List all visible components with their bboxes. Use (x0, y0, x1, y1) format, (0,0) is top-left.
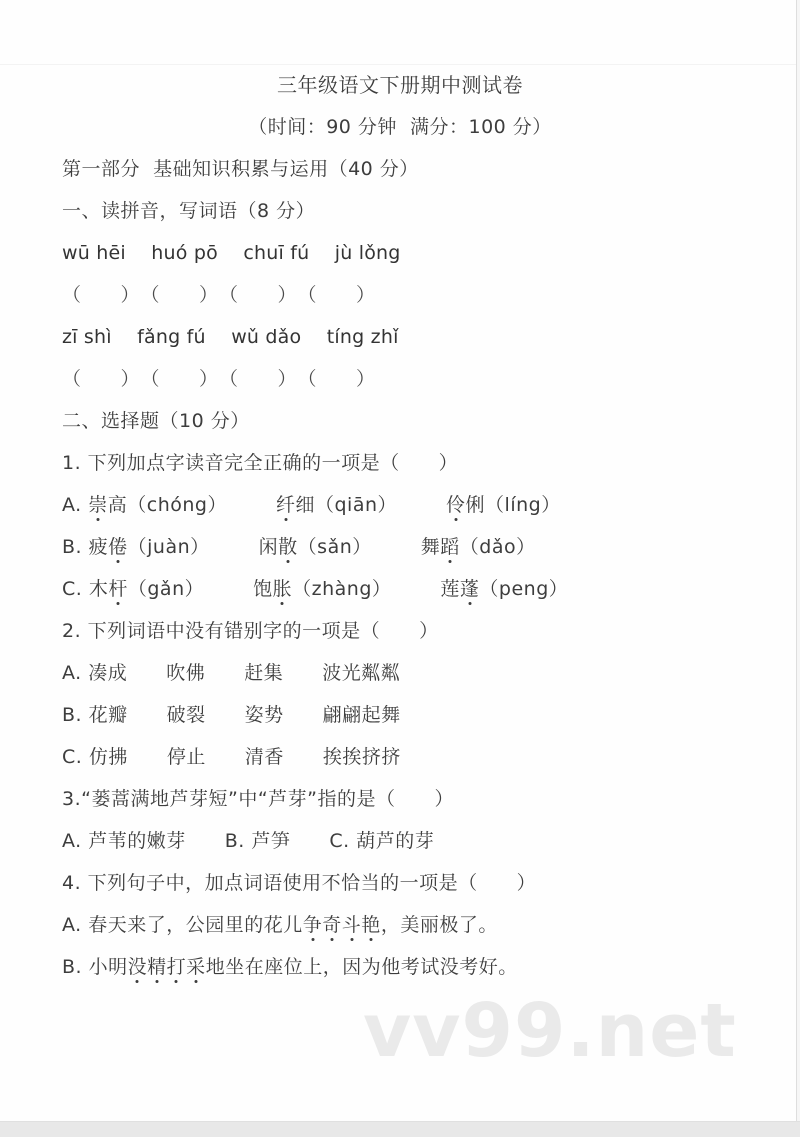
emphasized-char: 争 (303, 904, 323, 946)
answer-blanks-row-1: （ ） （ ） （ ） （ ） (62, 274, 738, 316)
question-2-option-b: B. 花瓣 破裂 姿势 翩翩起舞 (62, 694, 738, 736)
question-3-text: 3.“蒌蒿满地芦芽短”中“芦芽”指的是（ ） (62, 778, 738, 820)
question-3-options: A. 芦苇的嫩芽 B. 芦笋 C. 葫芦的芽 (62, 820, 738, 862)
emphasized-char: 蓬 (460, 568, 480, 610)
question-2-option-c: C. 仿拂 停止 清香 挨挨挤挤 (62, 736, 738, 778)
emphasized-char: 奇 (322, 904, 342, 946)
question-4-text: 4. 下列句子中，加点词语使用不恰当的一项是（ ） (62, 862, 738, 904)
answer-blanks-row-2: （ ） （ ） （ ） （ ） (62, 358, 738, 400)
emphasized-char: 伶 (446, 484, 466, 526)
section-two-heading: 二、选择题（10 分） (62, 400, 738, 442)
pinyin-row-2: zī shì fǎng fú wǔ dǎo tíng zhǐ (62, 316, 738, 358)
page-bottom-bar (0, 1121, 800, 1137)
question-1-option-c: C. 木杆（gǎn） 饱胀（zhàng） 莲蓬（peng） (62, 568, 738, 610)
exam-title: 三年级语文下册期中测试卷 (62, 64, 738, 106)
emphasized-char: 没 (128, 946, 148, 988)
emphasized-char: 采 (186, 946, 206, 988)
watermark: vv99.net (363, 988, 737, 1074)
emphasized-char: 胀 (273, 568, 293, 610)
emphasized-char: 倦 (108, 526, 128, 568)
emphasized-char: 精 (147, 946, 167, 988)
question-1-option-b: B. 疲倦（juàn） 闲散（sǎn） 舞蹈（dǎo） (62, 526, 738, 568)
emphasized-char: 崇 (88, 484, 108, 526)
question-4-option-a: A. 春天来了，公园里的花儿争奇斗艳，美丽极了。 (62, 904, 738, 946)
question-2-option-a: A. 凑成 吹佛 赶集 波光粼粼 (62, 652, 738, 694)
question-4-option-b: B. 小明没精打采地坐在座位上，因为他考试没考好。 (62, 946, 738, 988)
emphasized-char: 纤 (276, 484, 296, 526)
question-1-text: 1. 下列加点字读音完全正确的一项是（ ） (62, 442, 738, 484)
exam-content: 三年级语文下册期中测试卷 （时间：90 分钟 满分：100 分） 第一部分 基础… (0, 64, 800, 988)
section-one-heading: 一、读拼音，写词语（8 分） (62, 190, 738, 232)
emphasized-char: 散 (278, 526, 298, 568)
emphasized-char: 蹈 (440, 526, 460, 568)
emphasized-char: 斗 (342, 904, 362, 946)
exam-subtitle: （时间：90 分钟 满分：100 分） (62, 106, 738, 148)
pinyin-row-1: wū hēi huó pō chuī fú jù lǒng (62, 232, 738, 274)
emphasized-char: 杆 (108, 568, 128, 610)
question-1-option-a: A. 崇高（chóng） 纤细（qiān） 伶俐（líng） (62, 484, 738, 526)
page-right-edge (796, 0, 797, 1122)
exam-page: 三年级语文下册期中测试卷 （时间：90 分钟 满分：100 分） 第一部分 基础… (0, 0, 800, 1137)
question-2-text: 2. 下列词语中没有错别字的一项是（ ） (62, 610, 738, 652)
part-one-heading: 第一部分 基础知识积累与运用（40 分） (62, 148, 738, 190)
emphasized-char: 打 (167, 946, 187, 988)
emphasized-char: 艳 (361, 904, 381, 946)
